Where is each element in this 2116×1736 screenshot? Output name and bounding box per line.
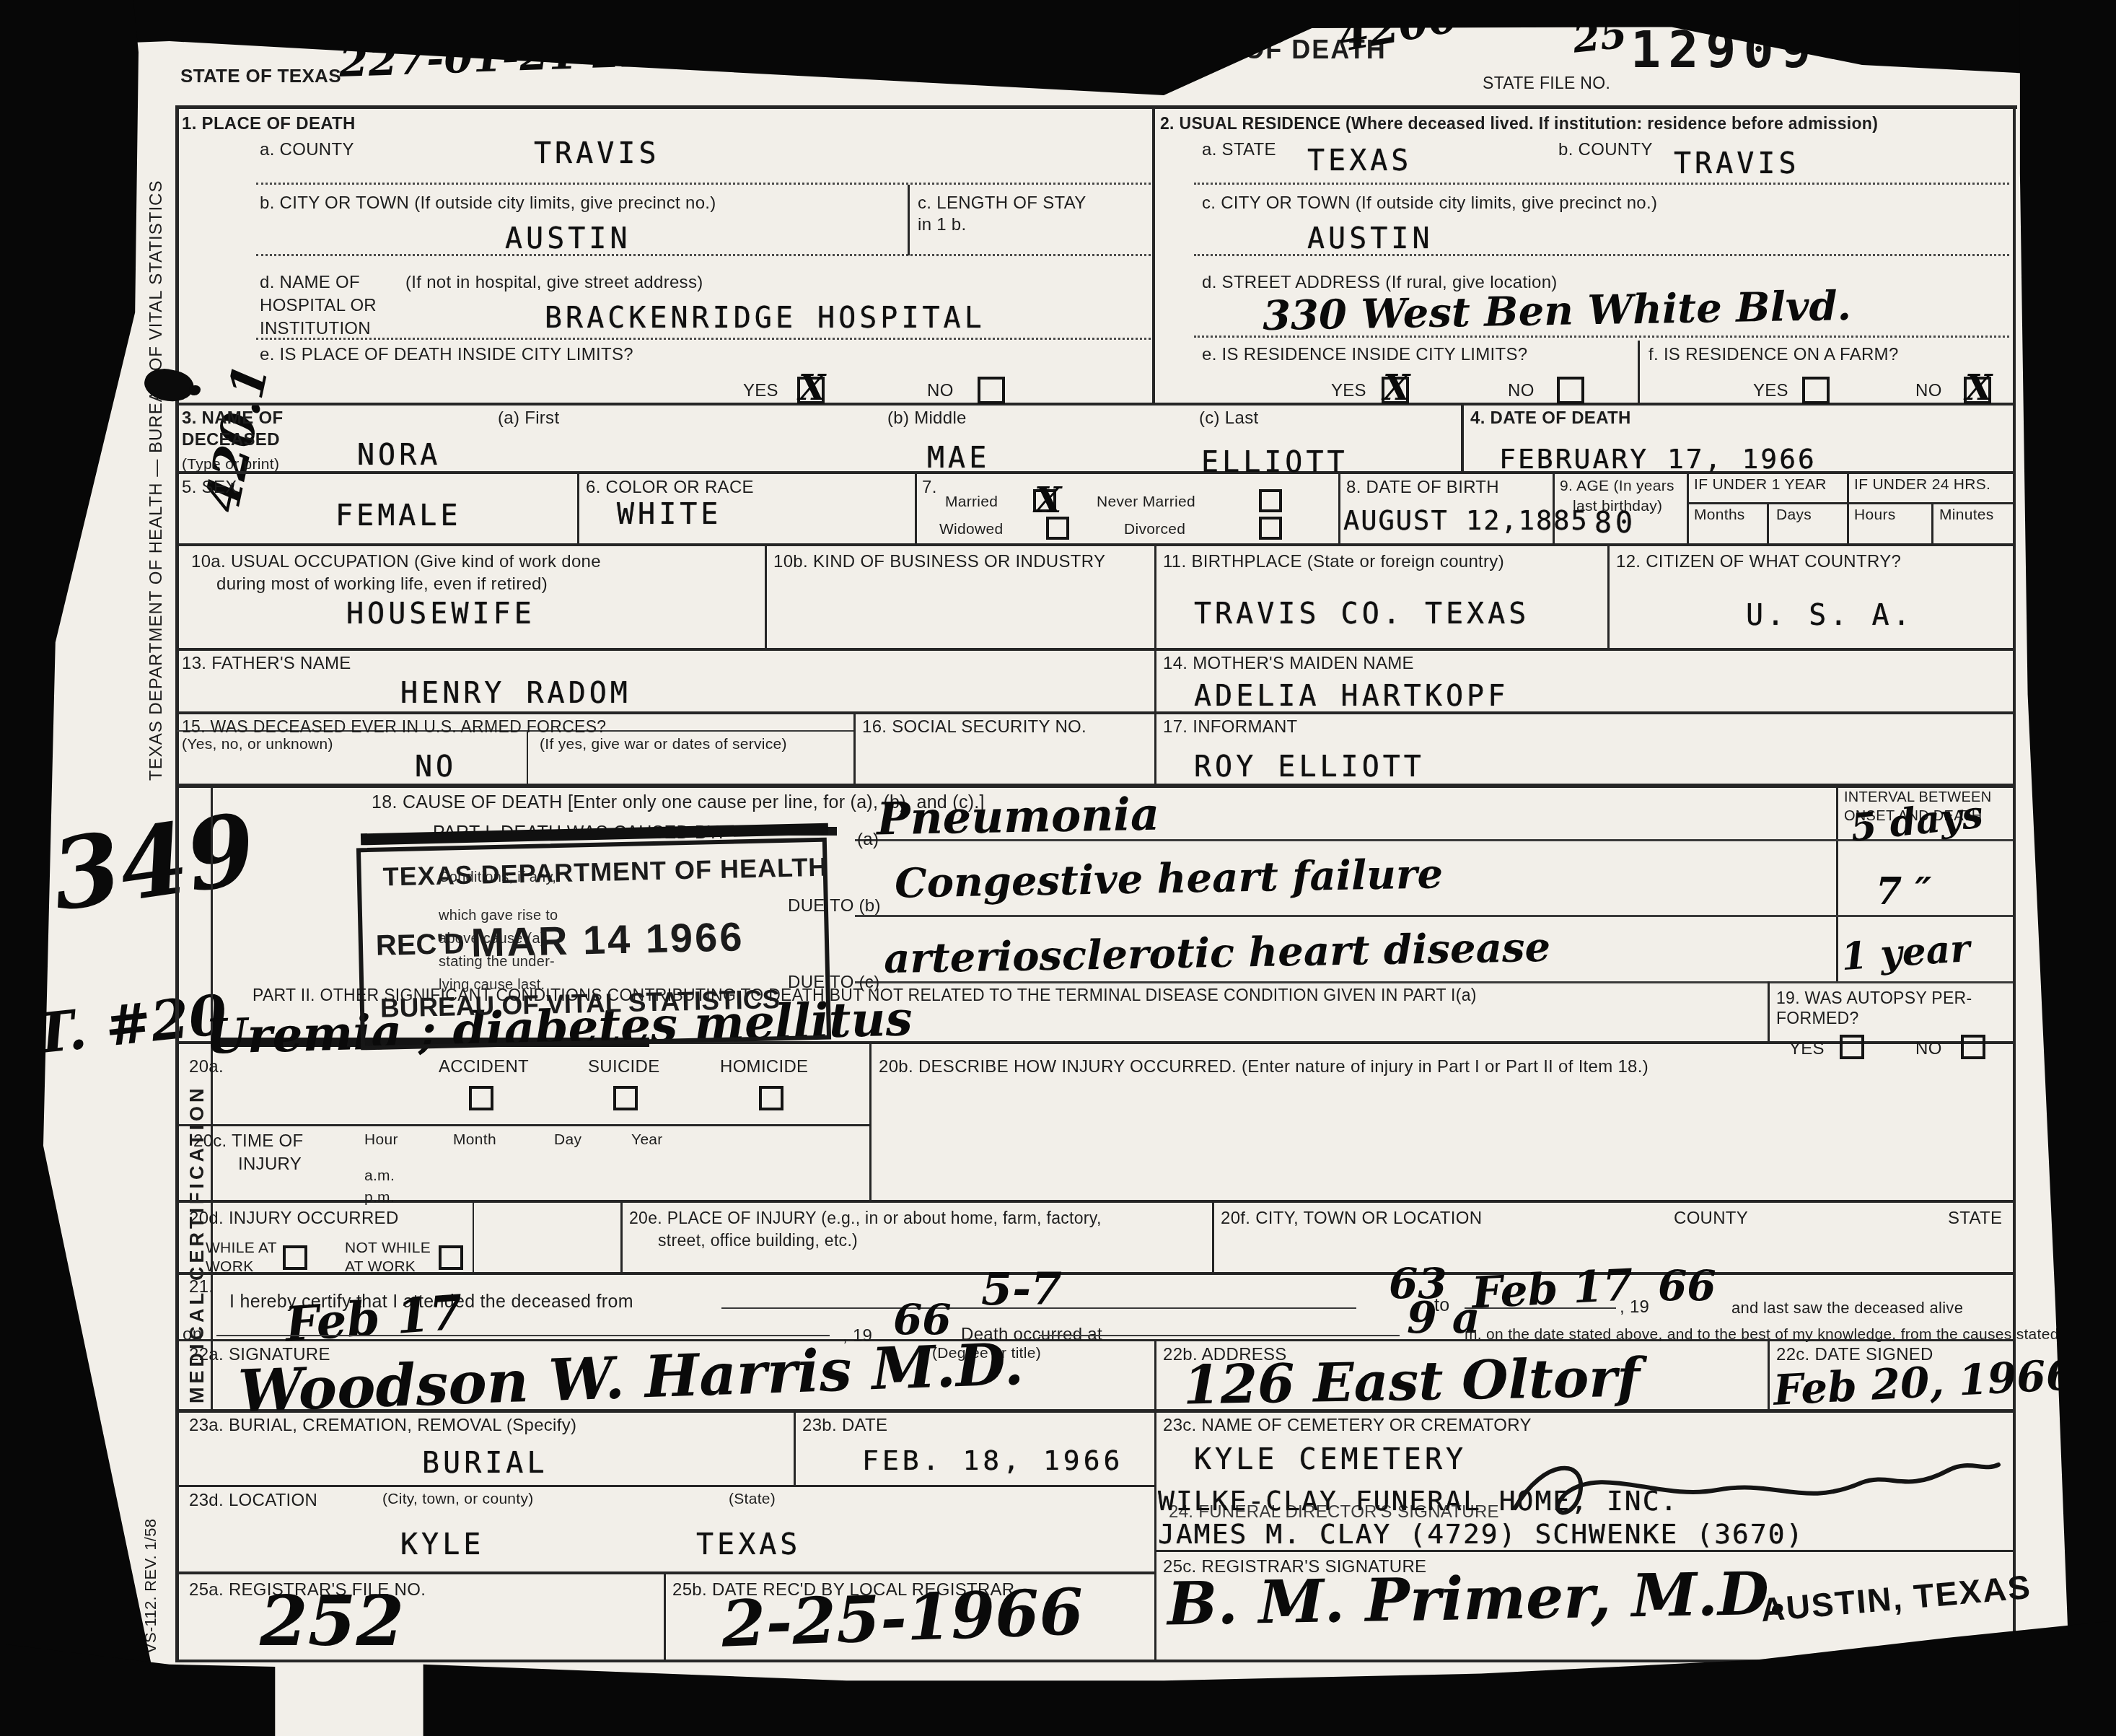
rule: [664, 1574, 666, 1660]
rule: [527, 732, 528, 785]
first-name-value: NORA: [357, 439, 441, 472]
armed-forces-label: 15. WAS DECEASED EVER IN U.S. ARMED FORC…: [182, 717, 606, 737]
burial-date-label: 23b. DATE: [802, 1416, 887, 1436]
informant-label: 17. INFORMANT: [1163, 717, 1298, 737]
birthplace-value: TRAVIS CO. TEXAS: [1194, 597, 1529, 631]
rule: [721, 1307, 1356, 1309]
scan-border-right: [2006, 0, 2116, 1736]
interval-c-value: 1 year: [1840, 926, 1972, 979]
rule: [855, 981, 2013, 983]
mothers-maiden-name-label: 14. MOTHER'S MAIDEN NAME: [1163, 654, 1414, 674]
res-city-value: AUSTIN: [1307, 222, 1434, 255]
rule: [473, 1201, 474, 1273]
hour-label: Hour: [364, 1131, 398, 1149]
rule: [177, 1272, 2016, 1275]
first-name-label: (a) First: [498, 408, 559, 429]
rule: [853, 713, 856, 785]
res-city-label: c. CITY OR TOWN (If outside city limits,…: [1202, 193, 1657, 214]
rule: [177, 648, 2016, 651]
county-value: TRAVIS: [534, 137, 660, 170]
rule: [1768, 1341, 1770, 1411]
burial-location-label: 23d. LOCATION: [189, 1491, 317, 1511]
citizen-label: 12. CITIZEN OF WHAT COUNTRY?: [1616, 552, 1901, 572]
rule: [177, 105, 2017, 109]
item-21-label: 21.: [189, 1277, 214, 1297]
armed-forces-value: NO: [415, 750, 457, 784]
place-of-injury-label1: 20e. PLACE OF INJURY (e.g., in or about …: [629, 1209, 1102, 1228]
state-file-no-label: STATE FILE NO.: [1483, 74, 1610, 93]
rule: [1461, 404, 1464, 473]
funeral-signature-squiggle: [1501, 1443, 2006, 1530]
no-label: NO: [1508, 381, 1535, 401]
rule: [177, 403, 2016, 405]
check-x-mark: X: [1035, 481, 1061, 521]
check-x-mark: X: [1383, 368, 1410, 408]
informant-value: ROY ELLIOTT: [1194, 750, 1425, 784]
armed-forces-sub2: (If yes, give war or dates of service): [540, 736, 787, 753]
rule: [1465, 1307, 1616, 1309]
rule: [256, 183, 1151, 185]
street-address-value: 330 West Ben White Blvd.: [1262, 282, 1851, 340]
res-county-value: TRAVIS: [1674, 147, 1800, 180]
address-value: 126 East Oltorf: [1182, 1346, 1641, 1416]
city-town-county-sub: (City, town, or county): [382, 1491, 534, 1508]
rule: [1154, 545, 1156, 649]
mothers-maiden-name-value: ADELIA HARTKOPF: [1194, 680, 1509, 713]
year-label: Year: [631, 1131, 663, 1149]
age-label: 9. AGE (In years: [1560, 478, 1674, 495]
fathers-name-label: 13. FATHER'S NAME: [182, 654, 351, 674]
widowed-label: Widowed: [939, 521, 1003, 538]
rule: [855, 915, 2013, 917]
checkbox-res-on-farm-yes: [1802, 377, 1830, 404]
time-of-injury-label2: INJURY: [238, 1154, 302, 1175]
county-column-label: COUNTY: [1674, 1209, 1748, 1229]
date-of-death-value: FEBRUARY 17, 1966: [1499, 443, 1817, 475]
rule: [177, 784, 2016, 788]
res-county-label: b. COUNTY: [1558, 140, 1653, 160]
minutes-label: Minutes: [1939, 507, 1994, 524]
hospital-label3: INSTITUTION: [260, 319, 371, 339]
checkbox-while-at-work: [283, 1245, 307, 1270]
not-while-at-work-label1: NOT WHILE: [345, 1240, 431, 1257]
last-saw-date-value: Feb 17: [284, 1284, 465, 1353]
state-column-label: STATE: [1948, 1209, 2002, 1229]
handwritten-349: 349: [45, 791, 262, 933]
autopsy-label2: FORMED?: [1776, 1009, 1859, 1028]
rule: [1154, 1413, 1156, 1660]
usual-residence-title: 2. USUAL RESIDENCE (Where deceased lived…: [1160, 114, 1878, 133]
name-of-deceased-label: 3. NAME OF: [182, 408, 283, 429]
occupation-value: HOUSEWIFE: [346, 597, 535, 631]
time-of-injury-label1: 20c. TIME OF: [193, 1131, 304, 1152]
state-sub: (State): [729, 1491, 776, 1508]
yes-label: YES: [1331, 381, 1366, 401]
rule: [1768, 981, 1770, 1043]
while-at-work-label1: WHILE AT: [206, 1240, 277, 1257]
sex-value: FEMALE: [335, 499, 462, 532]
name-of-deceased-label2: DECEASED: [182, 430, 280, 450]
place-of-injury-label2: street, office building, etc.): [658, 1231, 858, 1250]
rule: [794, 1413, 796, 1485]
date-of-birth-label: 8. DATE OF BIRTH: [1346, 478, 1499, 498]
occupation-label: 10a. USUAL OCCUPATION (Give kind of work…: [191, 552, 601, 572]
rule: [1154, 713, 1156, 785]
rule: [1194, 183, 2009, 185]
color-race-value: WHITE: [617, 498, 721, 531]
injury-occurred-label: 20d. INJURY OCCURRED: [189, 1209, 399, 1229]
causes-stated-text: m. on the date stated above, and to the …: [1465, 1326, 2063, 1343]
checkbox-autopsy-yes: [1840, 1035, 1864, 1059]
type-or-print-label: (Type or print): [182, 456, 279, 473]
stamp-date: MAR 14 1966: [470, 913, 745, 966]
interval-b-value: 7 ″: [1876, 869, 1932, 913]
am-label: a.m.: [364, 1167, 395, 1185]
no-label: NO: [1915, 1039, 1942, 1059]
occupation-label2: during most of working life, even if ret…: [216, 574, 548, 595]
checkbox-place-inside-city-no: [978, 377, 1005, 404]
city-label: b. CITY OR TOWN (If outside city limits,…: [260, 193, 716, 214]
registrar-signature-value: B. M. Primer, M.D.: [1167, 1559, 1788, 1639]
ssn-label: 16. SOCIAL SECURITY NO.: [862, 717, 1086, 737]
never-married-label: Never Married: [1097, 494, 1195, 511]
received-stamp: TEXAS DEPARTMENT OF HEALTH REC'D MAR 14 …: [356, 838, 831, 1051]
rule: [1931, 504, 1933, 545]
cemetery-value: KYLE CEMETERY: [1194, 1443, 1467, 1476]
rule: [1687, 473, 1689, 545]
burial-city-value: KYLE: [400, 1528, 484, 1561]
rule: [2013, 105, 2016, 1662]
length-of-stay-label: c. LENGTH OF STAY: [918, 193, 1086, 214]
rule: [1607, 545, 1610, 649]
rule: [1039, 1335, 1400, 1336]
stamp-line3: BUREAU OF VITAL STATISTICS: [379, 984, 780, 1024]
checkbox-place-inside-city-yes: X: [797, 377, 825, 404]
checkbox-homicide: [759, 1086, 783, 1110]
state-value: TEXAS: [1307, 144, 1412, 177]
check-x-mark: X: [1965, 368, 1992, 408]
sex-label: 5. SEX: [182, 478, 237, 498]
color-race-label: 6. COLOR OR RACE: [586, 478, 754, 498]
divorced-label: Divorced: [1124, 521, 1185, 538]
rule: [1767, 504, 1769, 545]
rule: [1687, 502, 2016, 504]
rule: [177, 1200, 2016, 1203]
stamp-recd: REC'D: [375, 928, 465, 963]
rule: [1154, 649, 1156, 713]
no-label: NO: [927, 381, 954, 401]
inside-city-limits-label: e. IS PLACE OF DEATH INSIDE CITY LIMITS?: [260, 345, 633, 365]
rule: [1836, 785, 1838, 983]
rule: [175, 105, 179, 1662]
checkbox-res-on-farm-no: X: [1964, 377, 1991, 404]
marital-label: 7.: [922, 478, 937, 498]
checkbox-res-inside-city-yes: X: [1382, 377, 1409, 404]
rule: [869, 1044, 872, 1201]
rule: [765, 545, 767, 649]
month-label: Month: [453, 1131, 496, 1149]
hospital-label2: HOSPITAL OR: [260, 296, 377, 316]
last-name-value: ELLIOTT: [1201, 446, 1348, 479]
checkbox-autopsy-no: [1961, 1035, 1985, 1059]
rule: [177, 543, 2016, 546]
months-label: Months: [1694, 507, 1745, 524]
hospital-label: d. NAME OF: [260, 273, 360, 293]
fathers-name-value: HENRY RADOM: [400, 677, 631, 710]
cause-b-value: Congestive heart failure: [894, 850, 1443, 907]
rule: [177, 1485, 1156, 1487]
middle-name-value: MAE: [927, 442, 990, 475]
yes-label: YES: [1789, 1039, 1825, 1059]
cause-c-value: arteriosclerotic heart disease: [883, 924, 1550, 983]
cemetery-label: 23c. NAME OF CEMETERY OR CREMATORY: [1163, 1416, 1532, 1436]
austin-texas-stamp: AUSTIN, TEXAS: [1759, 1567, 2032, 1630]
no-label: NO: [1915, 381, 1942, 401]
place-of-death-title: 1. PLACE OF DEATH: [182, 114, 356, 134]
cause-a-value: Pneumonia: [876, 788, 1159, 846]
death-certificate-scan: STATE OF TEXAS 227-01-21 227-01 CERTIFIC…: [0, 0, 2116, 1736]
rule: [915, 473, 917, 545]
burial-date-value: FEB. 18, 1966: [862, 1445, 1123, 1476]
accident-label: ACCIDENT: [439, 1057, 529, 1077]
city-value: AUSTIN: [505, 222, 631, 255]
describe-injury-label: 20b. DESCRIBE HOW INJURY OCCURRED. (Ente…: [879, 1057, 1649, 1077]
hospital-paren: (If not in hospital, give street address…: [405, 273, 703, 293]
last-saw-text: and last saw the deceased alive: [1731, 1299, 1963, 1318]
rule: [1638, 341, 1640, 404]
on-label: on: [183, 1325, 202, 1345]
hospital-value: BRACKENRIDGE HOSPITAL: [545, 302, 985, 335]
rule: [256, 338, 1151, 340]
homicide-label: HOMICIDE: [720, 1057, 808, 1077]
yes-label: YES: [1753, 381, 1788, 401]
registrar-file-no-value: 252: [260, 1580, 404, 1662]
res-on-farm-label: f. IS RESIDENCE ON A FARM?: [1649, 345, 1899, 365]
not-while-at-work-label2: AT WORK: [345, 1258, 416, 1276]
rule: [1338, 473, 1340, 545]
checkbox-widowed: [1046, 517, 1069, 540]
rule: [620, 1201, 623, 1273]
length-of-stay-label2: in 1 b.: [918, 215, 966, 235]
rule: [1212, 1201, 1214, 1273]
hours-label: Hours: [1854, 507, 1896, 524]
rule: [577, 473, 579, 545]
rule: [211, 785, 213, 1411]
last-name-label: (c) Last: [1199, 408, 1258, 429]
rule: [1847, 473, 1849, 545]
business-industry-label: 10b. KIND OF BUSINESS OR INDUSTRY: [773, 552, 1105, 572]
county-label: a. COUNTY: [260, 140, 354, 160]
suicide-label: SUICIDE: [588, 1057, 659, 1077]
autopsy-label1: 19. WAS AUTOPSY PER-: [1776, 988, 1972, 1008]
rule: [1152, 105, 1155, 405]
armed-forces-sub1: (Yes, no, or unknown): [182, 736, 333, 753]
rule: [177, 1571, 1156, 1574]
checkbox-not-while-at-work: [439, 1245, 463, 1270]
pm-label: p.m.: [364, 1189, 395, 1206]
date-of-death-label: 4. DATE OF DEATH: [1470, 408, 1631, 429]
middle-name-label: (b) Middle: [887, 408, 967, 429]
checkbox-suicide: [613, 1086, 638, 1110]
rule: [908, 185, 910, 255]
while-at-work-label2: WORK: [206, 1258, 254, 1276]
if-under-24-hrs-label: IF UNDER 24 HRS.: [1854, 476, 1990, 494]
rule: [1154, 1341, 1156, 1411]
stamp-line1: TEXAS DEPARTMENT OF HEALTH: [382, 852, 827, 893]
ink-blob-small: [189, 385, 201, 395]
day-label: Day: [554, 1131, 581, 1149]
state-label: a. STATE: [1202, 140, 1276, 160]
checkbox-accident: [469, 1086, 493, 1110]
rule: [177, 711, 2016, 714]
date-recd-value: 2-25-1966: [720, 1574, 1084, 1661]
married-label: Married: [945, 494, 998, 511]
citizen-value: U. S. A.: [1746, 599, 1914, 632]
age-value: 80: [1594, 507, 1636, 540]
checkbox-married: X: [1033, 489, 1056, 512]
to-year-value: 66: [1658, 1261, 1716, 1310]
burial-value: BURIAL: [422, 1447, 548, 1480]
burial-state-value: TEXAS: [696, 1528, 801, 1561]
rule: [1154, 1550, 2016, 1552]
attended-to-value: Feb 17: [1470, 1260, 1634, 1319]
cause-a-label: (a): [857, 830, 879, 850]
rule: [177, 1124, 871, 1126]
days-label: Days: [1776, 507, 1812, 524]
state-of-texas-label: STATE OF TEXAS: [180, 65, 341, 87]
margin-department-text: TEXAS DEPARTMENT OF HEALTH — BUREAU OF V…: [146, 180, 167, 781]
city-town-location-label: 20f. CITY, TOWN OR LOCATION: [1221, 1209, 1482, 1229]
handwritten-t20: T. #20: [30, 982, 230, 1066]
printed-19: , 19: [1620, 1297, 1649, 1318]
check-x-mark: X: [799, 368, 825, 408]
if-under-1-year-label: IF UNDER 1 YEAR: [1694, 476, 1827, 494]
date-of-birth-value: AUGUST 12,1885: [1343, 505, 1589, 536]
checkbox-res-inside-city-no: [1557, 377, 1584, 404]
rule: [216, 1335, 830, 1336]
birthplace-label: 11. BIRTHPLACE (State or foreign country…: [1163, 552, 1504, 572]
rule: [256, 254, 1151, 256]
checkbox-divorced: [1259, 517, 1282, 540]
yes-label: YES: [743, 381, 778, 401]
checkbox-never-married: [1259, 489, 1282, 512]
res-inside-city-label: e. IS RESIDENCE INSIDE CITY LIMITS?: [1202, 345, 1528, 365]
